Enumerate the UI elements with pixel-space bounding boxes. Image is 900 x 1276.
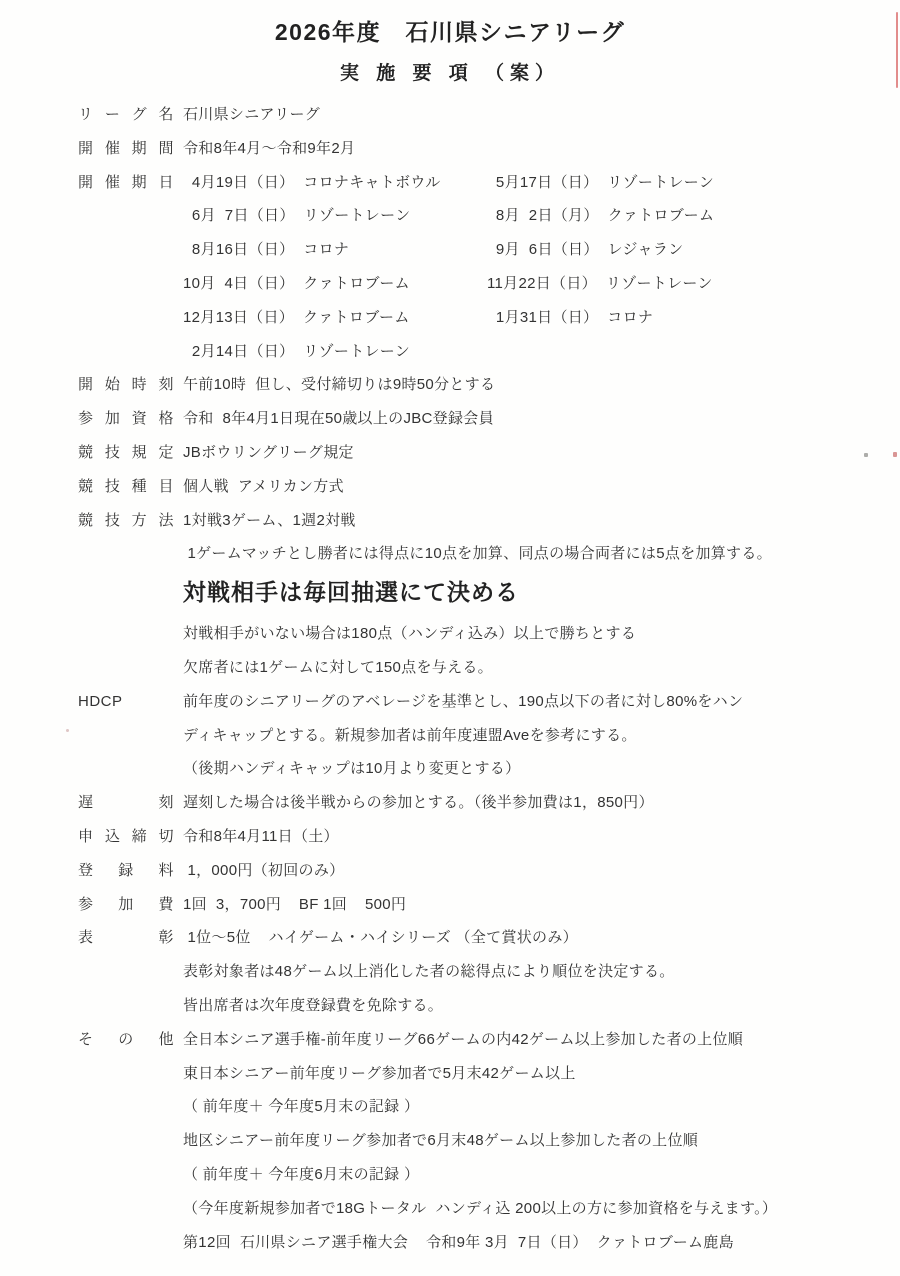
- field-registration-fee: 登録料 1，000円（初回のみ）: [0, 854, 900, 888]
- field-others: その他 全日本シニア選手権-前年度リーグ66ゲームの内42ゲーム以上参加した者の…: [0, 1023, 900, 1057]
- field-awards: 表彰 1位～5位 ハイゲーム・ハイシリーズ （全て賞状のみ）: [0, 921, 900, 955]
- field-label-registration-fee: 登録料: [78, 854, 174, 888]
- others-continuation: （ 前年度＋ 今年度6月末の記録 ）: [0, 1158, 900, 1192]
- others-continuation: （今年度新規参加者で18Gトータル ハンディ込 200以上の方に参加資格を与えま…: [0, 1192, 900, 1226]
- field-value-deadline: 令和8年4月11日（土）: [183, 820, 339, 854]
- awards-line: 1位～5位 ハイゲーム・ハイシリーズ （全て賞状のみ）: [183, 921, 578, 955]
- awards-continuation: 表彰対象者は48ゲーム以上消化した者の総得点により順位を決定する。: [0, 955, 900, 989]
- method-note-text: 1ゲームマッチとし勝者には得点に10点を加算、同点の場合両者には5点を加算する。: [183, 537, 772, 571]
- field-event-type: 競技種目 個人戦 アメリカン方式: [0, 470, 900, 504]
- awards-line: 皆出席者は次年度登録費を免除する。: [183, 989, 443, 1023]
- field-label-deadline: 申込締切: [78, 820, 174, 854]
- others-line: （ 前年度＋ 今年度6月末の記録 ）: [183, 1158, 419, 1192]
- field-value-eligibility: 令和 8年4月1日現在50歳以上のJBC登録会員: [183, 402, 494, 436]
- method-note: 1ゲームマッチとし勝者には得点に10点を加算、同点の場合両者には5点を加算する。: [0, 537, 900, 571]
- method-note: 対戦相手がいない場合は180点（ハンディ込み）以上で勝ちとする: [0, 617, 900, 651]
- field-label-others: その他: [78, 1023, 174, 1057]
- schedule-date: 5月17日（日） リゾートレーン: [487, 166, 714, 200]
- hdcp-continuation: （後期ハンディキャップは10月より変更とする）: [0, 752, 900, 786]
- field-value-league-name: 石川県シニアリーグ: [183, 98, 320, 132]
- hdcp-continuation: ディキャップとする。新規参加者は前年度連盟Aveを参考にする。: [0, 719, 900, 753]
- field-label-method: 競技方法: [78, 504, 174, 538]
- schedule-row: 2月14日（日） リゾートレーン: [0, 335, 900, 369]
- schedule-row: 6月 7日（日） リゾートレーン 8月 2日（月） クァトロブーム: [0, 199, 900, 233]
- others-line: 地区シニアー前年度リーグ参加者で6月末48ゲーム以上参加した者の上位順: [183, 1124, 698, 1158]
- hdcp-line: 前年度のシニアリーグのアベレージを基準とし、190点以下の者に対し80%をハン: [183, 685, 743, 719]
- field-label-awards: 表彰: [78, 921, 174, 955]
- field-label-hdcp: HDCP: [78, 685, 174, 719]
- field-rules: 競技規定 JBボウリングリーグ規定: [0, 436, 900, 470]
- schedule-date: 4月19日（日） コロナキャトボウル: [183, 166, 478, 200]
- field-label-rules: 競技規定: [78, 436, 174, 470]
- field-hdcp: HDCP 前年度のシニアリーグのアベレージを基準とし、190点以下の者に対し80…: [0, 685, 900, 719]
- others-line: （ 前年度＋ 今年度5月末の記録 ）: [183, 1090, 419, 1124]
- schedule-date: 9月 6日（日） レジャラン: [487, 233, 683, 267]
- field-value-registration-fee: 1，000円（初回のみ）: [183, 854, 344, 888]
- field-label-entry-fee: 参加費: [78, 888, 174, 922]
- field-entry-fee: 参加費 1回 3，700円 BF 1回 500円: [0, 888, 900, 922]
- others-continuation: （ 前年度＋ 今年度5月末の記録 ）: [0, 1090, 900, 1124]
- field-start-time: 開始時刻 午前10時 但し、受付締切りは9時50分とする: [0, 368, 900, 402]
- schedule-row: 12月13日（日） クァトロブーム 1月31日（日） コロナ: [0, 301, 900, 335]
- method-highlight: 対戦相手は毎回抽選にて決める: [0, 571, 900, 617]
- schedule-row: 開催期日 4月19日（日） コロナキャトボウル 5月17日（日） リゾートレーン: [0, 166, 900, 200]
- others-continuation: 地区シニアー前年度リーグ参加者で6月末48ゲーム以上参加した者の上位順: [0, 1124, 900, 1158]
- field-value-entry-fee: 1回 3，700円 BF 1回 500円: [183, 888, 406, 922]
- schedule-date: 11月22日（日） リゾートレーン: [487, 267, 713, 301]
- field-value-period: 令和8年4月～令和9年2月: [183, 132, 355, 166]
- schedule-date: 1月31日（日） コロナ: [487, 301, 653, 335]
- schedule-date: 6月 7日（日） リゾートレーン: [183, 199, 478, 233]
- others-continuation: 第12回 石川県シニア選手権大会 令和9年 3月 7日（日） クァトロブーム鹿島: [0, 1226, 900, 1260]
- scanned-document-page: 2026年度 石川県シニアリーグ 実 施 要 項 （案） リーグ名 石川県シニア…: [0, 0, 900, 1276]
- schedule-date: 2月14日（日） リゾートレーン: [183, 335, 478, 369]
- schedule-date: 10月 4日（日） クァトロブーム: [183, 267, 478, 301]
- field-league-name: リーグ名 石川県シニアリーグ: [0, 98, 900, 132]
- schedule-date: 8月16日（日） コロナ: [183, 233, 478, 267]
- field-deadline: 申込締切 令和8年4月11日（土）: [0, 820, 900, 854]
- others-line: 全日本シニア選手権-前年度リーグ66ゲームの内42ゲーム以上参加した者の上位順: [183, 1023, 743, 1057]
- awards-line: 表彰対象者は48ゲーム以上消化した者の総得点により順位を決定する。: [183, 955, 675, 989]
- field-value-rules: JBボウリングリーグ規定: [183, 436, 354, 470]
- page-title: 2026年度 石川県シニアリーグ: [0, 18, 900, 46]
- method-note-text: 欠席者には1ゲームに対して150点を与える。: [183, 651, 493, 685]
- method-highlight-text: 対戦相手は毎回抽選にて決める: [183, 571, 519, 613]
- others-continuation: 東日本シニアー前年度リーグ参加者で5月末42ゲーム以上: [0, 1057, 900, 1091]
- field-period: 開催期間 令和8年4月～令和9年2月: [0, 132, 900, 166]
- others-line: 第12回 石川県シニア選手権大会 令和9年 3月 7日（日） クァトロブーム鹿島: [183, 1226, 734, 1260]
- field-label-late: 遅刻: [78, 786, 174, 820]
- field-value-method: 1対戦3ゲーム、1週2対戦: [183, 504, 356, 538]
- hdcp-line: （後期ハンディキャップは10月より変更とする）: [183, 752, 520, 786]
- field-label-schedule: 開催期日: [78, 166, 174, 200]
- field-label-period: 開催期間: [78, 132, 174, 166]
- others-line: （今年度新規参加者で18Gトータル ハンディ込 200以上の方に参加資格を与えま…: [183, 1192, 777, 1226]
- hdcp-line: ディキャップとする。新規参加者は前年度連盟Aveを参考にする。: [183, 719, 637, 753]
- schedule-date: 8月 2日（月） クァトロブーム: [487, 199, 714, 233]
- method-note: 欠席者には1ゲームに対して150点を与える。: [0, 651, 900, 685]
- schedule-date: 12月13日（日） クァトロブーム: [183, 301, 478, 335]
- field-value-start-time: 午前10時 但し、受付締切りは9時50分とする: [183, 368, 495, 402]
- schedule-row: 10月 4日（日） クァトロブーム 11月22日（日） リゾートレーン: [0, 267, 900, 301]
- field-value-event-type: 個人戦 アメリカン方式: [183, 470, 344, 504]
- field-label-league-name: リーグ名: [78, 98, 174, 132]
- field-label-event-type: 競技種目: [78, 470, 174, 504]
- document-body: リーグ名 石川県シニアリーグ 開催期間 令和8年4月～令和9年2月 開催期日 4…: [0, 98, 900, 1259]
- method-note-text: 対戦相手がいない場合は180点（ハンディ込み）以上で勝ちとする: [183, 617, 636, 651]
- field-label-start-time: 開始時刻: [78, 368, 174, 402]
- field-method: 競技方法 1対戦3ゲーム、1週2対戦: [0, 504, 900, 538]
- field-late: 遅刻 遅刻した場合は後半戦からの参加とする。（後半参加費は1，850円）: [0, 786, 900, 820]
- field-eligibility: 参加資格 令和 8年4月1日現在50歳以上のJBC登録会員: [0, 402, 900, 436]
- awards-continuation: 皆出席者は次年度登録費を免除する。: [0, 989, 900, 1023]
- page-subtitle: 実 施 要 項 （案）: [0, 62, 900, 86]
- others-line: 東日本シニアー前年度リーグ参加者で5月末42ゲーム以上: [183, 1057, 576, 1091]
- field-label-eligibility: 参加資格: [78, 402, 174, 436]
- field-value-late: 遅刻した場合は後半戦からの参加とする。（後半参加費は1，850円）: [183, 786, 654, 820]
- schedule-row: 8月16日（日） コロナ 9月 6日（日） レジャラン: [0, 233, 900, 267]
